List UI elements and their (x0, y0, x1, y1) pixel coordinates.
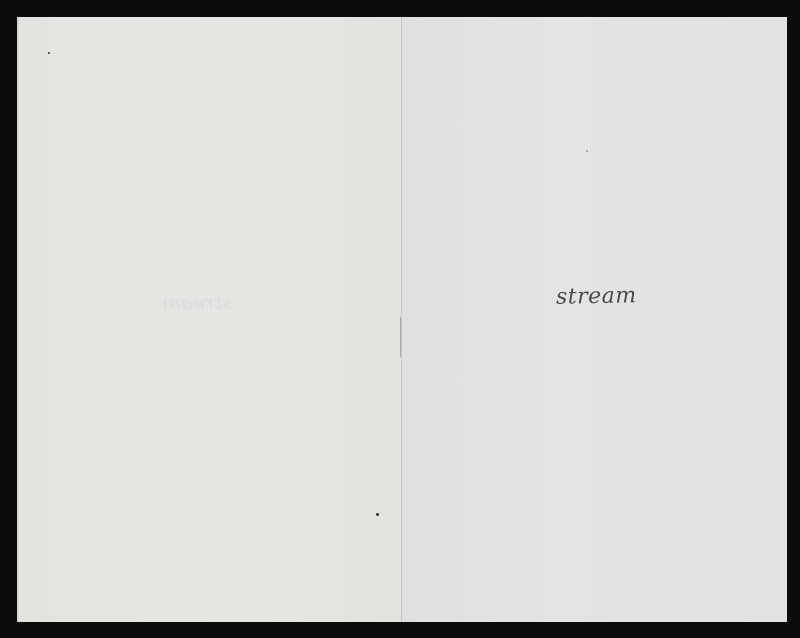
left-page (17, 17, 401, 622)
open-booklet (17, 17, 787, 622)
booklet-spine (401, 17, 402, 622)
show-through-text: stream (162, 290, 233, 314)
paper-speck (48, 52, 50, 54)
paper-speck (376, 513, 379, 516)
spine-staple-mark (400, 317, 401, 357)
paper-speck (586, 150, 588, 152)
right-page (401, 17, 787, 622)
handwritten-word: stream (556, 283, 637, 309)
